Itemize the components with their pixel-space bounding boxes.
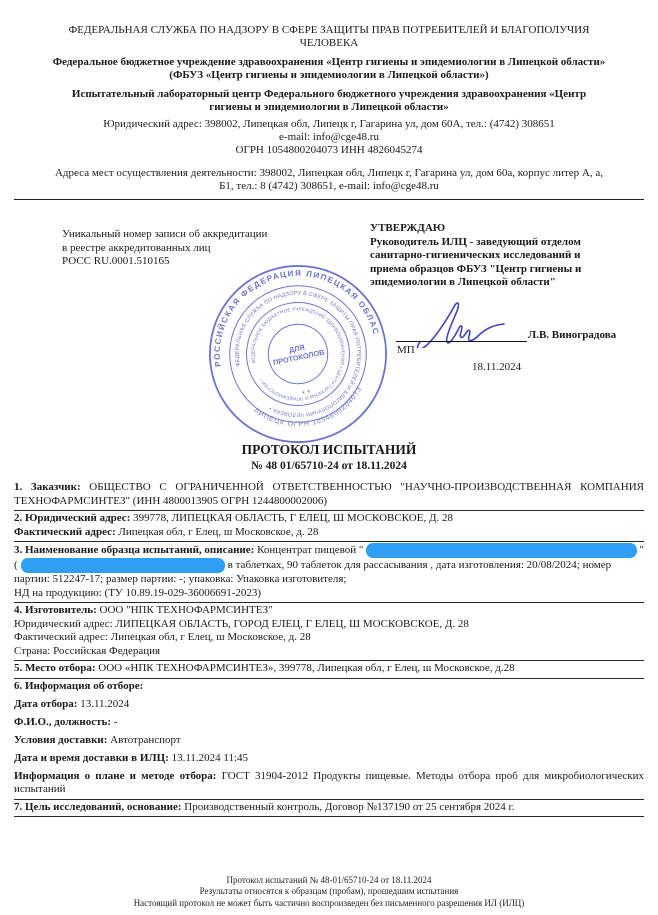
section6-date-text: 13.11.2024 [77,698,129,710]
section6-delivery-datetime-text: 13.11.2024 11:45 [169,752,248,764]
org-name-line1: Федеральное бюджетное учреждение здравоо… [14,56,644,69]
document-header: ФЕДЕРАЛЬНАЯ СЛУЖБА ПО НАДЗОРУ В СФЕРЕ ЗА… [14,24,644,193]
sections: 1. Заказчик: ОБЩЕСТВО С ОГРАНИЧЕННОЙ ОТВ… [14,481,644,817]
redaction-box-2 [21,558,225,573]
section-sampling-place: 5. Место отбора: ООО «НПК ТЕХНОФАРМСИНТЕ… [14,662,644,679]
legal-address: Юридический адрес: 398002, Липецкая обл,… [14,118,644,131]
section6-fio-label: Ф.И.О., должность: [14,716,111,728]
section-sampling-info: 6. Информация об отборе: Дата отбора: 13… [14,680,644,800]
section1-text: ОБЩЕСТВО С ОГРАНИЧЕННОЙ ОТВЕТСТВЕННОСТЬЮ… [14,481,644,507]
section6-fio-text: - [111,716,117,728]
stamp-asterisks: * * [301,388,311,399]
approval-line2: санитарно-гигиенических исследований и [370,249,646,263]
section4-line2: Юридический адрес: ЛИПЕЦКАЯ ОБЛАСТЬ, ГОР… [14,618,644,632]
approval-line1: Руководитель ИЛЦ - заведующий отделом [370,236,646,250]
ogrn-inn: ОГРН 1054800204073 ИНН 4826045274 [14,144,644,157]
signature-line [396,341,527,342]
section6-delivery-label: Условия доставки: [14,734,107,746]
section2-legal-text: 399778, ЛИПЕЦКАЯ ОБЛАСТЬ, Г ЕЛЕЦ, Ш МОСК… [130,512,453,524]
section6-date-label: Дата отбора: [14,698,77,710]
section-purpose: 7. Цель исследований, основание: Произво… [14,801,644,818]
approval-block: УТВЕРЖДАЮ Руководитель ИЛЦ - заведующий … [370,222,646,290]
activity-address-line2: Б1, тел.: 8 (4742) 308651, e-mail: info@… [14,180,644,193]
agency-name-line2: ЧЕЛОВЕКА [14,37,644,50]
section3-text-before: Концентрат пищевой " [254,544,363,556]
section2-legal-label: 2. Юридический адрес: [14,512,130,524]
section2-actual-text: Липецкая обл, г Елец, ш Московское, д. 2… [116,526,319,538]
protocol-document-page: ФЕДЕРАЛЬНАЯ СЛУЖБА ПО НАДЗОРУ В СФЕРЕ ЗА… [0,0,658,915]
section7-text: Производственный контроль, Договор №1371… [182,801,515,813]
section6-delivery-text: Автотранспорт [107,734,180,746]
approval-line3: приема образцов ФБУЗ "Центр гигиены и [370,263,646,277]
section2-actual-label: Фактический адрес: [14,526,116,538]
agency-name-line1: ФЕДЕРАЛЬНАЯ СЛУЖБА ПО НАДЗОРУ В СФЕРЕ ЗА… [14,24,644,37]
section5-text: ООО «НПК ТЕХНОФАРМСИНТЕЗ», 399778, Липец… [96,662,515,674]
section6-header: 6. Информация об отборе: [14,680,644,694]
section4-line4: Страна: Российская Федерация [14,645,644,659]
round-stamp-icon: РОССИЙСКАЯ ФЕДЕРАЦИЯ ЛИПЕЦКАЯ ОБЛАСТЬ ЛИ… [204,260,392,448]
approver-name: Л.В. Виноградова [528,329,616,343]
section-manufacturer: 4. Изготовитель: ООО "НПК ТЕХНОФАРМСИНТЕ… [14,604,644,661]
section-customer: 1. Заказчик: ОБЩЕСТВО С ОГРАНИЧЕННОЙ ОТВ… [14,481,644,511]
section3-label: 3. Наименование образца испытаний, описа… [14,544,254,556]
footer-copy-note: Настоящий протокол не может быть частичн… [0,898,658,910]
section-legal-address: 2. Юридический адрес: 399778, ЛИПЕЦКАЯ О… [14,512,644,542]
section4-line3: Фактический адрес: Липецкая обл, г Елец,… [14,631,644,645]
section3-line3: партии: 512247-17; размер партии: -; упа… [14,573,644,587]
approval-line4: эпидемиологии в Липецкой области" [370,276,646,290]
lab-name-line2: гигиены и эпидемиологии в Липецкой облас… [14,101,644,114]
section4-text: ООО "НПК ТЕХНОФАРМСИНТЕЗ" [97,604,273,616]
section3-text-after: в таблетках, 90 таблеток для рассасывани… [228,559,611,573]
lab-name-line1: Испытательный лабораторный центр Федерал… [14,88,644,101]
section3-open-paren: ( [14,559,18,573]
section5-label: 5. Место отбора: [14,662,96,674]
activity-address-line1: Адреса мест осуществления деятельности: … [14,167,644,180]
email: e-mail: info@cge48.ru [14,131,644,144]
page-footer: Протокол испытаний № 48-01/65710-24 от 1… [0,875,658,910]
section-sample: 3. Наименование образца испытаний, описа… [14,543,644,603]
approval-zone: Уникальный номер записи об аккредитации … [14,200,644,442]
org-name-line2: (ФБУЗ «Центр гигиены и эпидемиологии в Л… [14,69,644,82]
section1-label: 1. Заказчик: [14,481,81,493]
accreditation-line1: Уникальный номер записи об аккредитации [62,228,267,242]
document-number: № 48 01/65710-24 от 18.11.2024 [14,459,644,473]
section3-line4: НД на продукцию: (ТУ 10.89.19-029-360066… [14,587,644,601]
section7-label: 7. Цель исследований, основание: [14,801,182,813]
section6-plan-label: Информация о плане и методе отбора: [14,770,216,782]
section6-delivery-datetime-label: Дата и время доставки в ИЛЦ: [14,752,169,764]
footer-protocol-number: Протокол испытаний № 48-01/65710-24 от 1… [0,875,658,887]
stamp-place-label: МП [397,344,415,358]
section3-quote-after: " [640,544,645,558]
approval-title: УТВЕРЖДАЮ [370,222,646,236]
redaction-box-1 [366,543,636,558]
footer-results-note: Результаты относятся к образцам (пробам)… [0,886,658,898]
accreditation-line2: в реестре аккредитованных лиц [62,242,267,256]
section4-label: 4. Изготовитель: [14,604,97,616]
approval-date: 18.11.2024 [472,361,521,375]
